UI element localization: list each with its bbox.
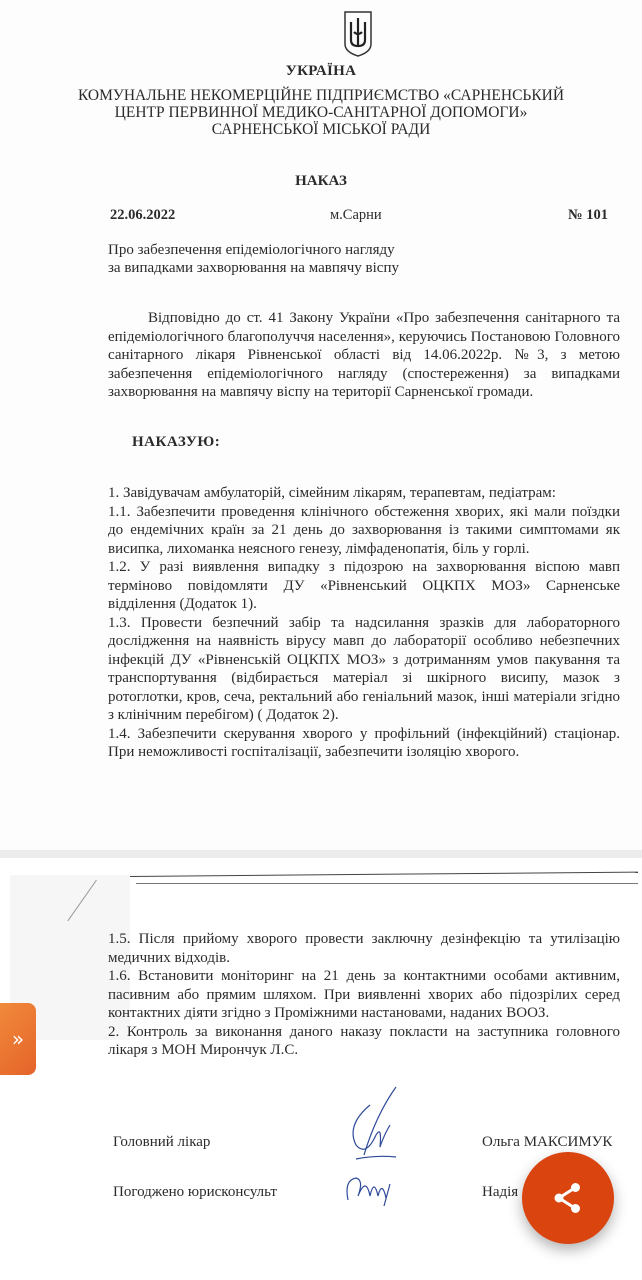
preamble-paragraph: Відповідно до ст. 41 Закону України «Про… bbox=[108, 309, 620, 402]
org-line: ЦЕНТР ПЕРВИННОЇ МЕДИКО-САНІТАРНОЇ ДОПОМО… bbox=[0, 104, 642, 121]
order-city: м.Сарни bbox=[330, 207, 382, 224]
next-article-button[interactable]: » bbox=[0, 1003, 36, 1075]
signature-name: Ольга МАКСИМУК bbox=[482, 1134, 612, 1151]
order-item: 2. Контроль за виконання даного наказу п… bbox=[108, 1023, 620, 1060]
order-subject: Про забезпечення епідеміологічного нагля… bbox=[108, 241, 468, 277]
document-page-1: УКРАЇНА КОМУНАЛЬНЕ НЕКОМЕРЦІЙНЕ ПІДПРИЄМ… bbox=[0, 0, 642, 850]
order-item: 1.1. Забезпечити проведення клінічного о… bbox=[108, 503, 620, 559]
subject-line: Про забезпечення епідеміологічного нагля… bbox=[108, 241, 468, 259]
page-separator bbox=[0, 850, 642, 858]
order-items-page2: 1.5. Після прийому хворого провести закл… bbox=[108, 930, 620, 1060]
signature-name: Надія bbox=[482, 1184, 518, 1201]
order-item: 1.3. Провести безпечний забір та надсила… bbox=[108, 614, 620, 725]
paper-edge-line bbox=[136, 883, 638, 884]
order-heading: НАКАЗУЮ: bbox=[132, 434, 220, 451]
double-chevron-right-icon: » bbox=[12, 1027, 24, 1051]
order-items-page1: 1. Завідувачам амбулаторій, сімейним лік… bbox=[108, 484, 620, 762]
organization-name: КОМУНАЛЬНЕ НЕКОМЕРЦІЙНЕ ПІДПРИЄМСТВО «СА… bbox=[0, 87, 642, 138]
signature-role: Погоджено юрисконсульт bbox=[113, 1184, 277, 1201]
subject-line: за випадками захворювання на мавпячу віс… bbox=[108, 259, 468, 277]
org-line: САРНЕНСЬКОЇ МІСЬКОЇ РАДИ bbox=[0, 121, 642, 138]
org-line: КОМУНАЛЬНЕ НЕКОМЕРЦІЙНЕ ПІДПРИЄМСТВО «СА… bbox=[0, 87, 642, 104]
share-button[interactable] bbox=[522, 1152, 614, 1244]
order-item: 1.6. Встановити моніторинг на 21 день за… bbox=[108, 967, 620, 1023]
order-item: 1.5. Після прийому хворого провести закл… bbox=[108, 930, 620, 967]
document-title: НАКАЗ bbox=[0, 173, 642, 190]
share-icon bbox=[550, 1180, 586, 1216]
signature-role: Головний лікар bbox=[113, 1134, 210, 1151]
order-item: 1.4. Забезпечити скерування хворого у пр… bbox=[108, 725, 620, 762]
order-item: 1.2. У разі виявлення випадку з підозрою… bbox=[108, 558, 620, 614]
signature-chief-doctor bbox=[336, 1085, 416, 1165]
ukraine-coat-of-arms-icon bbox=[343, 10, 373, 58]
order-item: 1. Завідувачам амбулаторій, сімейним лік… bbox=[108, 484, 620, 503]
order-number: № 101 bbox=[568, 207, 608, 224]
order-date: 22.06.2022 bbox=[110, 207, 175, 224]
signature-lawyer bbox=[340, 1170, 400, 1210]
country-heading: УКРАЇНА bbox=[0, 63, 642, 80]
